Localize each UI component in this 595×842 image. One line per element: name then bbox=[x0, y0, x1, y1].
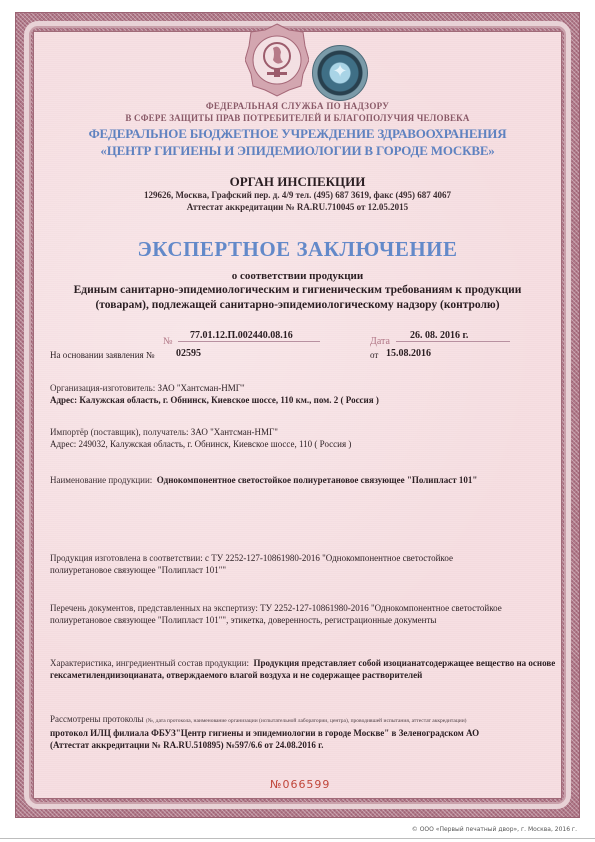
date-value: 26. 08. 2016 г. bbox=[396, 330, 510, 342]
manufactured-per-section: Продукция изготовлена в соответствии: с … bbox=[50, 552, 480, 576]
importer-address: 249032, Калужская область, г. Обнинск, К… bbox=[79, 439, 352, 449]
application-label: На основании заявления № bbox=[50, 349, 155, 361]
from-value: 15.08.2016 bbox=[386, 348, 431, 359]
characteristics-label: Характеристика, ингредиентный состав про… bbox=[50, 658, 249, 668]
protocols-section: Рассмотрены протоколы (№, дата протокола… bbox=[50, 713, 570, 751]
manufacturer-label: Организация-изготовитель: bbox=[50, 383, 155, 393]
from-label: от bbox=[370, 349, 378, 361]
importer-name: ЗАО "Хантсман-НМГ" bbox=[191, 427, 278, 437]
page-edge-line bbox=[0, 838, 595, 839]
importer-section: Импортёр (поставщик), получатель: ЗАО "Х… bbox=[50, 426, 560, 450]
number-value: 77.01.12.П.002440.08.16 bbox=[178, 330, 320, 342]
printer-copyright: © ООО «Первый печатный двор», г. Москва,… bbox=[412, 826, 577, 833]
manufacturer-name: ЗАО "Хантсман-НМГ" bbox=[158, 383, 245, 393]
agency-line-2: В СФЕРЕ ЗАЩИТЫ ПРАВ ПОТРЕБИТЕЛЕЙ И БЛАГО… bbox=[0, 113, 595, 123]
title-subline-1: о соответствии продукции bbox=[0, 270, 595, 282]
serial-number: №066599 bbox=[270, 778, 330, 791]
agency-line-1: ФЕДЕРАЛЬНАЯ СЛУЖБА ПО НАДЗОРУ bbox=[0, 101, 595, 111]
manufacturer-address-label: Адрес: bbox=[50, 395, 77, 405]
protocols-label: Рассмотрены протоколы bbox=[50, 714, 144, 724]
organ-heading: ОРГАН ИНСПЕКЦИИ bbox=[0, 174, 595, 190]
title-subline-3: (товарам), подлежащей санитарно-эпидемио… bbox=[0, 299, 595, 311]
medical-emblem-icon bbox=[245, 22, 309, 98]
manufacturer-section: Организация-изготовитель: ЗАО "Хантсман-… bbox=[50, 382, 560, 406]
manufacturer-address: Калужская область, г. Обнинск, Киевское … bbox=[79, 395, 378, 405]
manufactured-per-label: Продукция изготовлена в соответствии: bbox=[50, 553, 203, 563]
product-section: Наименование продукции: Однокомпонентное… bbox=[50, 474, 560, 486]
date-label: Дата bbox=[370, 336, 390, 347]
characteristics-section: Характеристика, ингредиентный состав про… bbox=[50, 657, 565, 681]
star-icon: ✦ bbox=[331, 60, 349, 82]
organ-address: 129626, Москва, Графский пер. д. 4/9 тел… bbox=[0, 190, 595, 200]
product-value: Однокомпонентное светостойкое полиуретан… bbox=[157, 475, 478, 485]
application-value: 02595 bbox=[176, 348, 201, 359]
documents-label: Перечень документов, представленных на э… bbox=[50, 603, 258, 613]
product-label: Наименование продукции: bbox=[50, 475, 152, 485]
document-title: ЭКСПЕРТНОЕ ЗАКЛЮЧЕНИЕ bbox=[0, 237, 595, 262]
importer-label: Импортёр (поставщик), получатель: bbox=[50, 427, 189, 437]
importer-address-label: Адрес: bbox=[50, 439, 76, 449]
institution-line-1: ФЕДЕРАЛЬНОЕ БЮДЖЕТНОЕ УЧРЕЖДЕНИЕ ЗДРАВОО… bbox=[0, 126, 595, 142]
hologram-seal-icon: ✦ bbox=[312, 45, 368, 101]
organ-accreditation: Аттестат аккредитации № RA.RU.710045 от … bbox=[0, 202, 595, 212]
title-subline-2: Единым санитарно-эпидемиологическим и ги… bbox=[0, 284, 595, 296]
protocols-hint: (№, дата протокола, наименование организ… bbox=[146, 718, 467, 724]
documents-section: Перечень документов, представленных на э… bbox=[50, 602, 510, 626]
institution-line-2: «ЦЕНТР ГИГИЕНЫ И ЭПИДЕМИОЛОГИИ В ГОРОДЕ … bbox=[0, 143, 595, 159]
number-label: № bbox=[163, 336, 173, 347]
protocols-line-2: (Аттестат аккредитации № RA.RU.510895) №… bbox=[50, 739, 570, 751]
protocols-line-1: протокол ИЛЦ филиала ФБУЗ"Центр гигиены … bbox=[50, 727, 570, 739]
